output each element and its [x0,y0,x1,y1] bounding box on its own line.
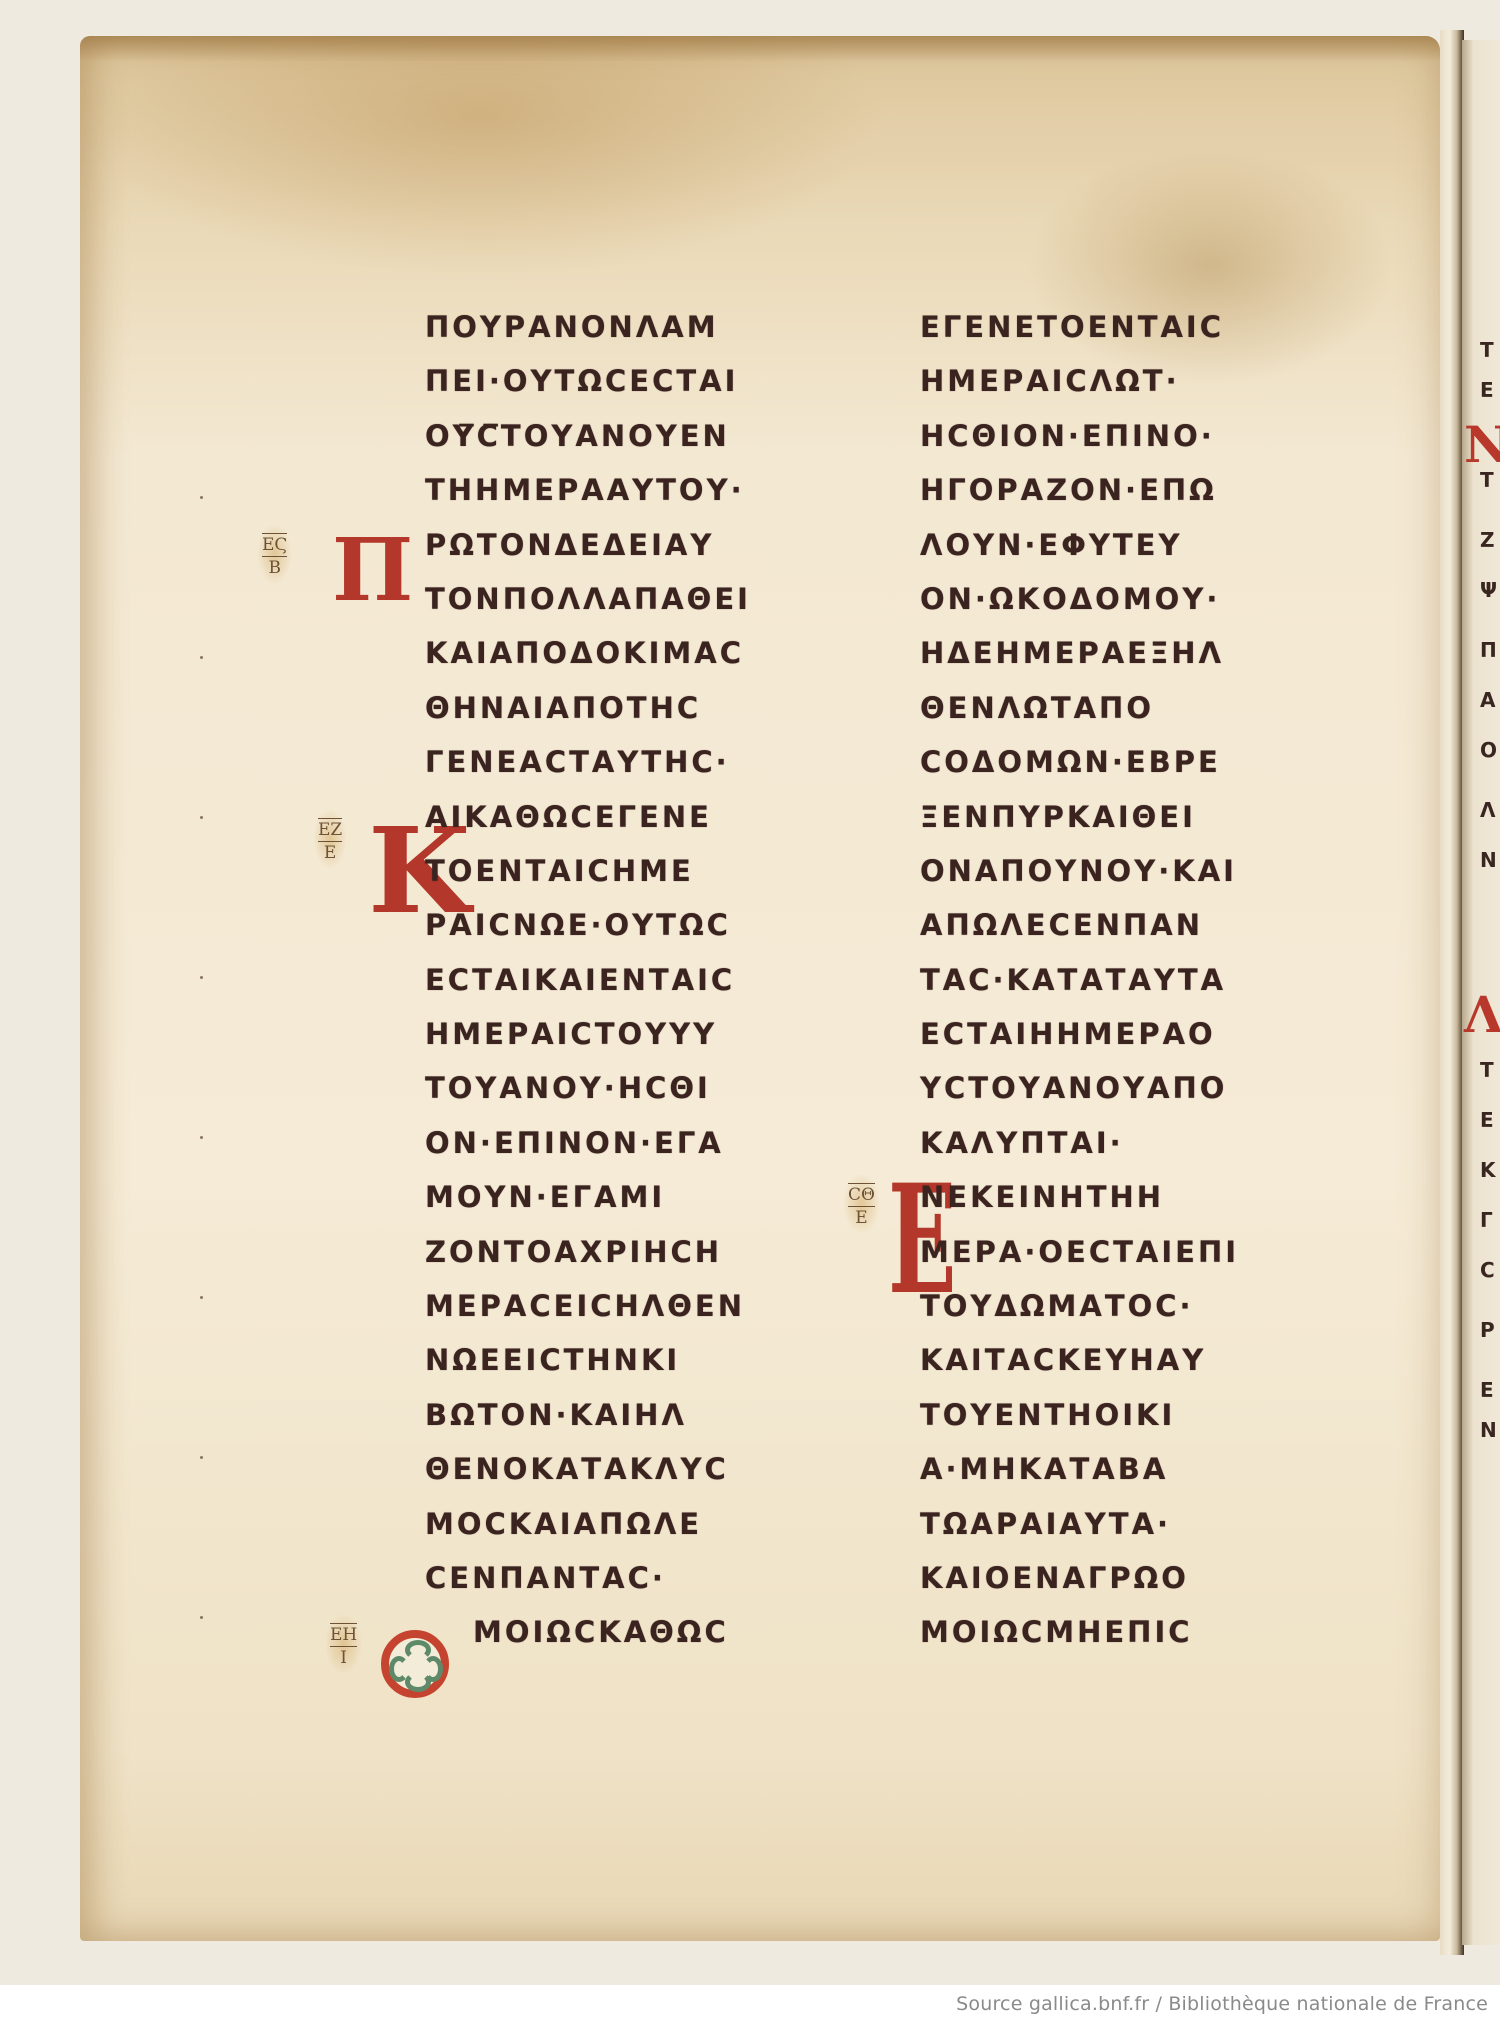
text-line: ΜΟϹΚΑΙΑΠΩΛΕ [425,1497,751,1551]
margin-section-number: ϹΘΕ [844,1175,879,1233]
facing-initial: Λ [1464,990,1500,1040]
text-line: ΗΜΕΡΑΙϹΤΟΥΥΥ [425,1007,751,1061]
text-line: Α·ΜΗΚΑΤΑΒΑ [920,1442,1239,1496]
text-line: ΘΕΝΛΩΤΑΠΟ [920,681,1239,735]
text-line: ΝΩΕΕΙϹΤΗΝΚΙ [425,1333,751,1387]
text-line: ΖΟΝΤΟΑΧΡΙΗϹΗ [425,1225,751,1279]
text-line: ΗΔΕΗΜΕΡΑΕΞΗΛ [920,626,1239,680]
text-line: ΞΕΝΠΥΡΚΑΙΘΕΙ [920,790,1239,844]
text-line: ΟΝ·ΕΠΙΝΟΝ·ΕΓΑ [425,1116,751,1170]
text-line: ΤΗΗΜΕΡΑΑΥΤΟΥ· [425,463,751,517]
text-line: ΗΜΕΡΑΙϹΛΩΤ· [920,354,1239,408]
ornament-petal [423,1656,443,1682]
facing-letter: Ν [1480,850,1497,870]
text-line: ΤΑϹ·ΚΑΤΑΤΑΥΤΑ [920,953,1239,1007]
facing-letter: Ο [1480,740,1497,760]
text-line: ΟΝΑΠΟΥΝΟΥ·ΚΑΙ [920,844,1239,898]
facing-letter: Ζ [1480,530,1495,550]
text-line: ΜΟΥΝ·ΕΓΑΜΙ [425,1170,751,1224]
margin-section-number: ΕΖΕ [314,810,346,868]
text-line: ΜΟΙΩϹΜΗΕΠΙϹ [920,1605,1239,1659]
text-line: ϹΟΔΟΜΩΝ·ΕΒΡΕ [920,735,1239,789]
facing-letter: Ν [1480,1420,1497,1440]
facing-letter: Π [1480,640,1497,660]
facing-letter: Α [1480,690,1495,710]
text-line: ΘΕΝΟΚΑΤΑΚΛΥϹ [425,1442,751,1496]
pricking-mark [200,496,203,499]
text-line: ΚΑΙΟΕΝΑΓΡΩΟ [920,1551,1239,1605]
text-line: ΠΕΙ·ΟΥΤΩϹΕϹΤΑΙ [425,354,751,408]
pricking-mark [200,1296,203,1299]
facing-letter: Ε [1480,380,1494,400]
ornament-petal [389,1656,409,1682]
source-credit: Source gallica.bnf.fr / Bibliothèque nat… [956,1993,1488,2015]
margin-section-number: ΕϚΒ [258,525,291,583]
text-line: ΚΑΙΤΑϹΚΕΥΗΑΥ [920,1333,1239,1387]
facing-letter: Κ [1480,1160,1496,1180]
text-line: ΤΟΥΕΝΤΗΟΙΚΙ [920,1388,1239,1442]
text-column-right: ΕΓΕΝΕΤΟΕΝΤΑΙϹ ΗΜΕΡΑΙϹΛΩΤ· ΗϹΘΙΟΝ·ΕΠΙΝΟ· … [920,300,1239,1660]
facing-letter: Ε [1480,1110,1494,1130]
facing-letter: Λ [1480,800,1495,820]
text-line: ΜΕΡΑϹΕΙϹΗΛΘΕΝ [425,1279,751,1333]
text-line: ΤΟΕΝΤΑΙϹΗΜΕ [425,844,751,898]
text-line: ΤΩΑΡΑΙΑΥΤΑ· [920,1497,1239,1551]
facing-letter: Γ [1480,1210,1493,1230]
text-line: ΜΟΙΩϹΚΑΘΩϹ [425,1605,751,1659]
pricking-mark [200,1456,203,1459]
margin-section-number: ΕΗΙ [326,1615,361,1673]
text-line: ΘΗΝΑΙΑΠΟΤΗϹ [425,681,751,735]
text-line: ΟΝ·ΩΚΟΔΟΜΟΥ· [920,572,1239,626]
pricking-mark [200,976,203,979]
text-line: ΗϹΘΙΟΝ·ΕΠΙΝΟ· [920,409,1239,463]
pricking-mark [200,816,203,819]
text-line: ΚΑΙΑΠΟΔΟΚΙΜΑϹ [425,626,751,680]
facing-letter: Τ [1480,1060,1494,1080]
pricking-mark [200,656,203,659]
text-line: ΕϹΤΑΙΚΑΙΕΝΤΑΙϹ [425,953,751,1007]
decorated-initial-pi: Π [332,528,409,614]
facing-letter: Ε [1480,1380,1494,1400]
book-gutter [1440,30,1464,1955]
text-line: ΓΕΝΕΑϹΤΑΥΤΗϹ· [425,735,751,789]
text-line: ΗΓΟΡΑΖΟΝ·ΕΠΩ [920,463,1239,517]
text-line: ΑΙΚΑΘΩϹΕΓΕΝΕ [425,790,751,844]
document-viewer: Ν Τ Ε Τ Ζ Ψ Π Α Ο Λ Ν Λ Τ Ε Κ Γ Ϲ Ρ Ε Ν … [0,0,1500,1985]
facing-letter: Τ [1480,470,1494,490]
facing-initial: Ν [1464,420,1500,470]
text-line: ΕϹΤΑΙΗΗΜΕΡΑΟ [920,1007,1239,1061]
text-line: ΤΟΥΑΝΟΥ·ΗϹΘΙ [425,1061,751,1115]
text-line: ϹΕΝΠΑΝΤΑϹ· [425,1551,751,1605]
facing-letter: Ρ [1480,1320,1495,1340]
text-line: ΕΓΕΝΕΤΟΕΝΤΑΙϹ [920,300,1239,354]
text-line: ΤΟΝΠΟΛΛΑΠΑΘΕΙ [425,572,751,626]
text-line: ΒΩΤΟΝ·ΚΑΙΗΛ [425,1388,751,1442]
text-line: ΟΥ̅Ϲ̅ΤΟΥΑΝΟΥΕΝ [425,409,751,463]
text-line: ΑΠΩΛΕϹΕΝΠΑΝ [920,898,1239,952]
text-line: ΛΟΥΝ·ΕΦΥΤΕΥ [920,518,1239,572]
text-line: ΜΕΡΑ·ΟΕϹΤΑΙΕΠΙ [920,1225,1239,1279]
pricking-mark [200,1136,203,1139]
text-line: ΚΑΛΥΠΤΑΙ· [920,1116,1239,1170]
text-line: ΥϹΤΟΥΑΝΟΥΑΠΟ [920,1061,1239,1115]
facing-letter: Ψ [1480,580,1497,600]
facing-page-edge: Ν Τ Ε Τ Ζ Ψ Π Α Ο Λ Ν Λ Τ Ε Κ Γ Ϲ Ρ Ε Ν [1462,40,1500,1945]
credit-bar: Source gallica.bnf.fr / Bibliothèque nat… [0,1985,1500,2025]
text-line: ΝΕΚΕΙΝΗΤΗΗ [920,1170,1239,1224]
facing-letter: Ϲ [1480,1260,1495,1280]
text-line: ΠΟΥΡΑΝΟΝΛΑΜ [425,300,751,354]
text-line: ΡΑΙϹΝΩΕ·ΟΥΤΩϹ [425,898,751,952]
facing-letter: Τ [1480,340,1494,360]
text-column-left: ΠΟΥΡΑΝΟΝΛΑΜ ΠΕΙ·ΟΥΤΩϹΕϹΤΑΙ ΟΥ̅Ϲ̅ΤΟΥΑΝΟΥΕ… [425,300,751,1660]
text-line: ΤΟΥΔΩΜΑΤΟϹ· [920,1279,1239,1333]
text-line: ΡΩΤΟΝΔΕΔΕΙΑΥ [425,518,751,572]
pricking-mark [200,1616,203,1619]
